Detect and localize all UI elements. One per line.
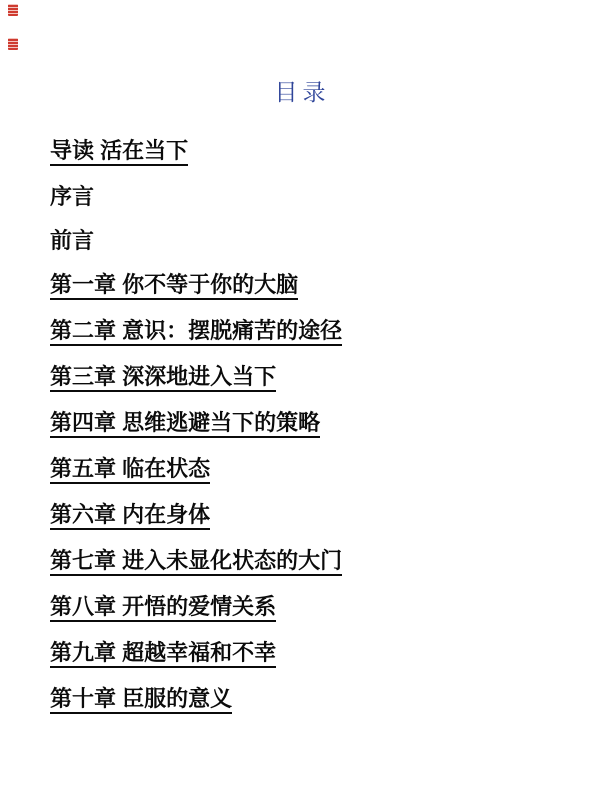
- toc-entry: 第七章 进入未显化状态的大门: [50, 549, 580, 576]
- toc-entry: 导读 活在当下: [50, 139, 580, 166]
- toc-entry-label: 第三章 深深地进入当下: [50, 365, 276, 392]
- toc-entry-label: 第一章 你不等于你的大脑: [50, 273, 298, 300]
- toc-entry-label: 第七章 进入未显化状态的大门: [50, 549, 342, 576]
- toc-entry: 前言: [50, 229, 580, 254]
- toc-entry-label: 第九章 超越幸福和不幸: [50, 641, 276, 668]
- toc-entry: 序言: [50, 185, 580, 210]
- toc-entry-label: 第十章 臣服的意义: [50, 687, 232, 714]
- toc-entry-label: 第六章 内在身体: [50, 503, 210, 530]
- document-page: 目录 导读 活在当下 序言 前言 第一章 你不等于你的大脑 第二章 意识：摆脱痛…: [0, 0, 600, 800]
- toc-entry: 第五章 临在状态: [50, 457, 580, 484]
- toc-entry: 第三章 深深地进入当下: [50, 365, 580, 392]
- table-of-contents: 导读 活在当下 序言 前言 第一章 你不等于你的大脑 第二章 意识：摆脱痛苦的途…: [50, 139, 580, 733]
- page-title: 目录: [0, 80, 600, 106]
- red-stamp-icon: [8, 4, 18, 16]
- toc-entry-label: 前言: [50, 229, 94, 254]
- toc-entry: 第六章 内在身体: [50, 503, 580, 530]
- toc-entry: 第二章 意识：摆脱痛苦的途径: [50, 319, 580, 346]
- toc-entry: 第十章 臣服的意义: [50, 687, 580, 714]
- toc-entry-label: 第四章 思维逃避当下的策略: [50, 411, 320, 438]
- toc-entry-label: 第八章 开悟的爱情关系: [50, 595, 276, 622]
- toc-entry-label: 第二章 意识：摆脱痛苦的途径: [50, 319, 342, 346]
- toc-entry: 第一章 你不等于你的大脑: [50, 273, 580, 300]
- toc-entry-label: 序言: [50, 185, 94, 210]
- toc-entry: 第八章 开悟的爱情关系: [50, 595, 580, 622]
- toc-entry: 第四章 思维逃避当下的策略: [50, 411, 580, 438]
- toc-entry-label: 第五章 临在状态: [50, 457, 210, 484]
- toc-entry: 第九章 超越幸福和不幸: [50, 641, 580, 668]
- toc-entry-label: 导读 活在当下: [50, 139, 188, 166]
- red-stamp-icon: [8, 38, 18, 50]
